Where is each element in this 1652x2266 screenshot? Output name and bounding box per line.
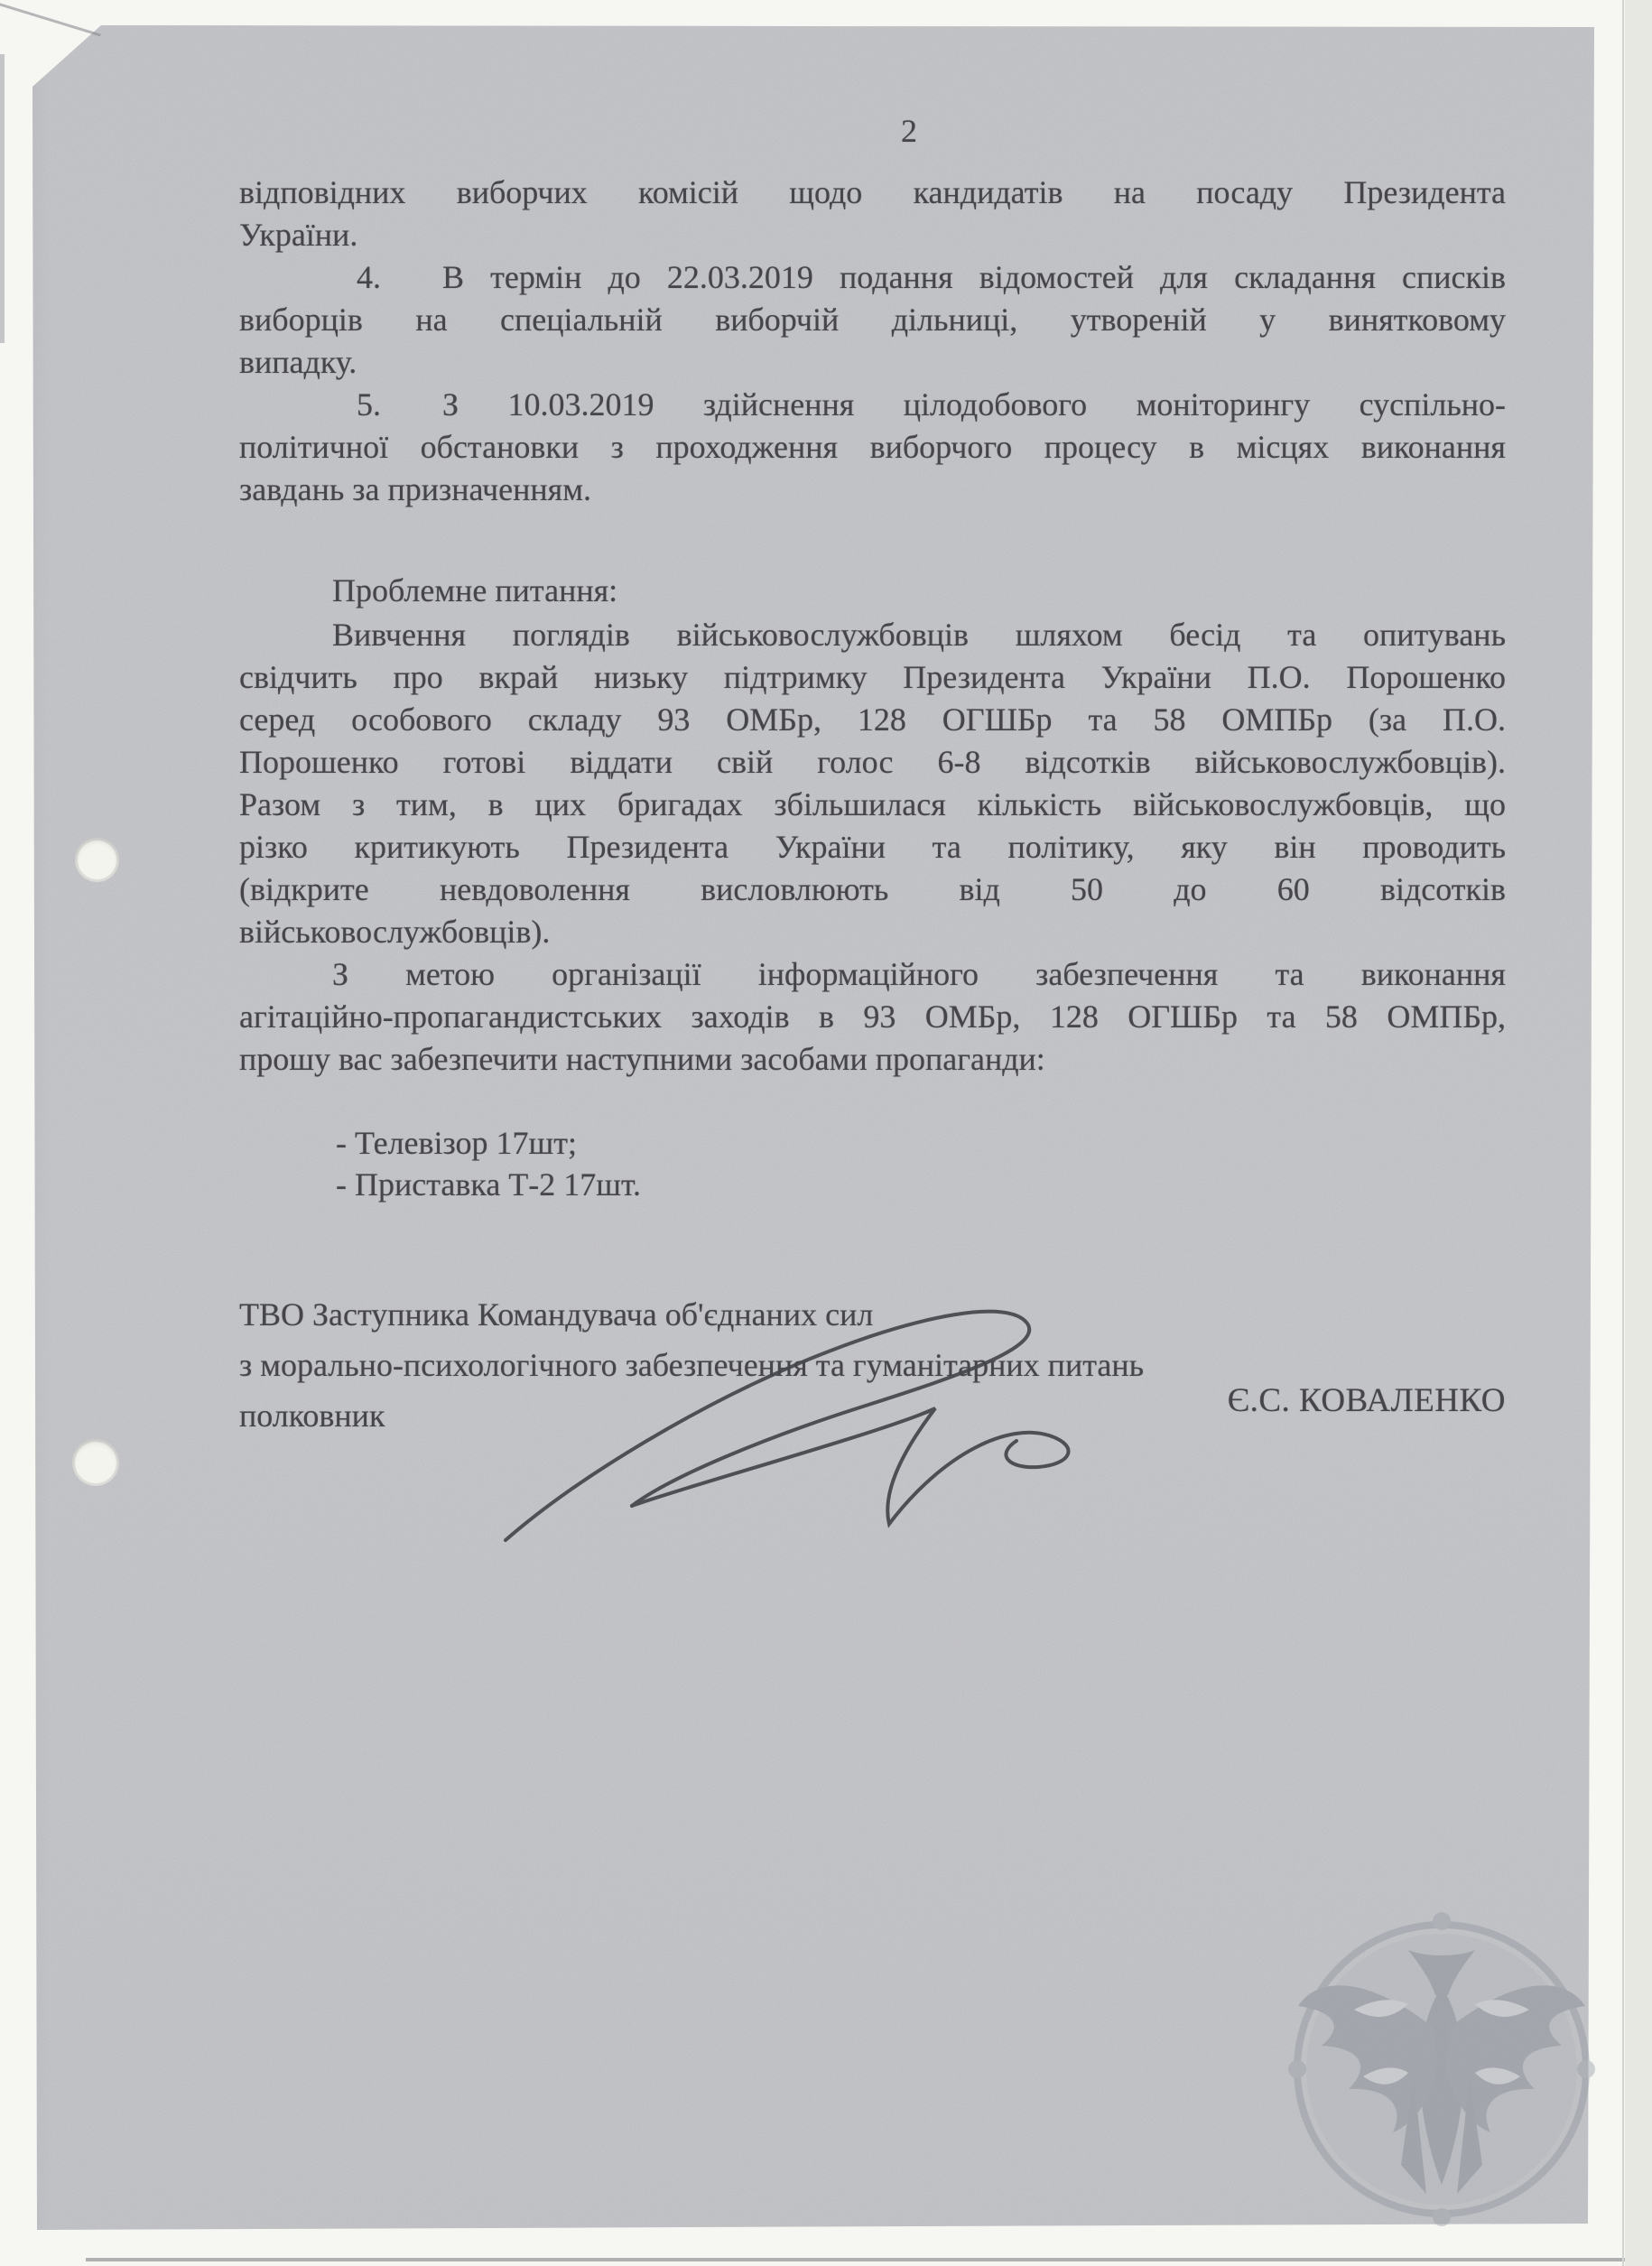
handwritten-signature-stroke bbox=[0, 0, 1652, 2266]
scanned-document-page: 2 відповідних виборчих комісій щодо канд… bbox=[0, 0, 1652, 2266]
